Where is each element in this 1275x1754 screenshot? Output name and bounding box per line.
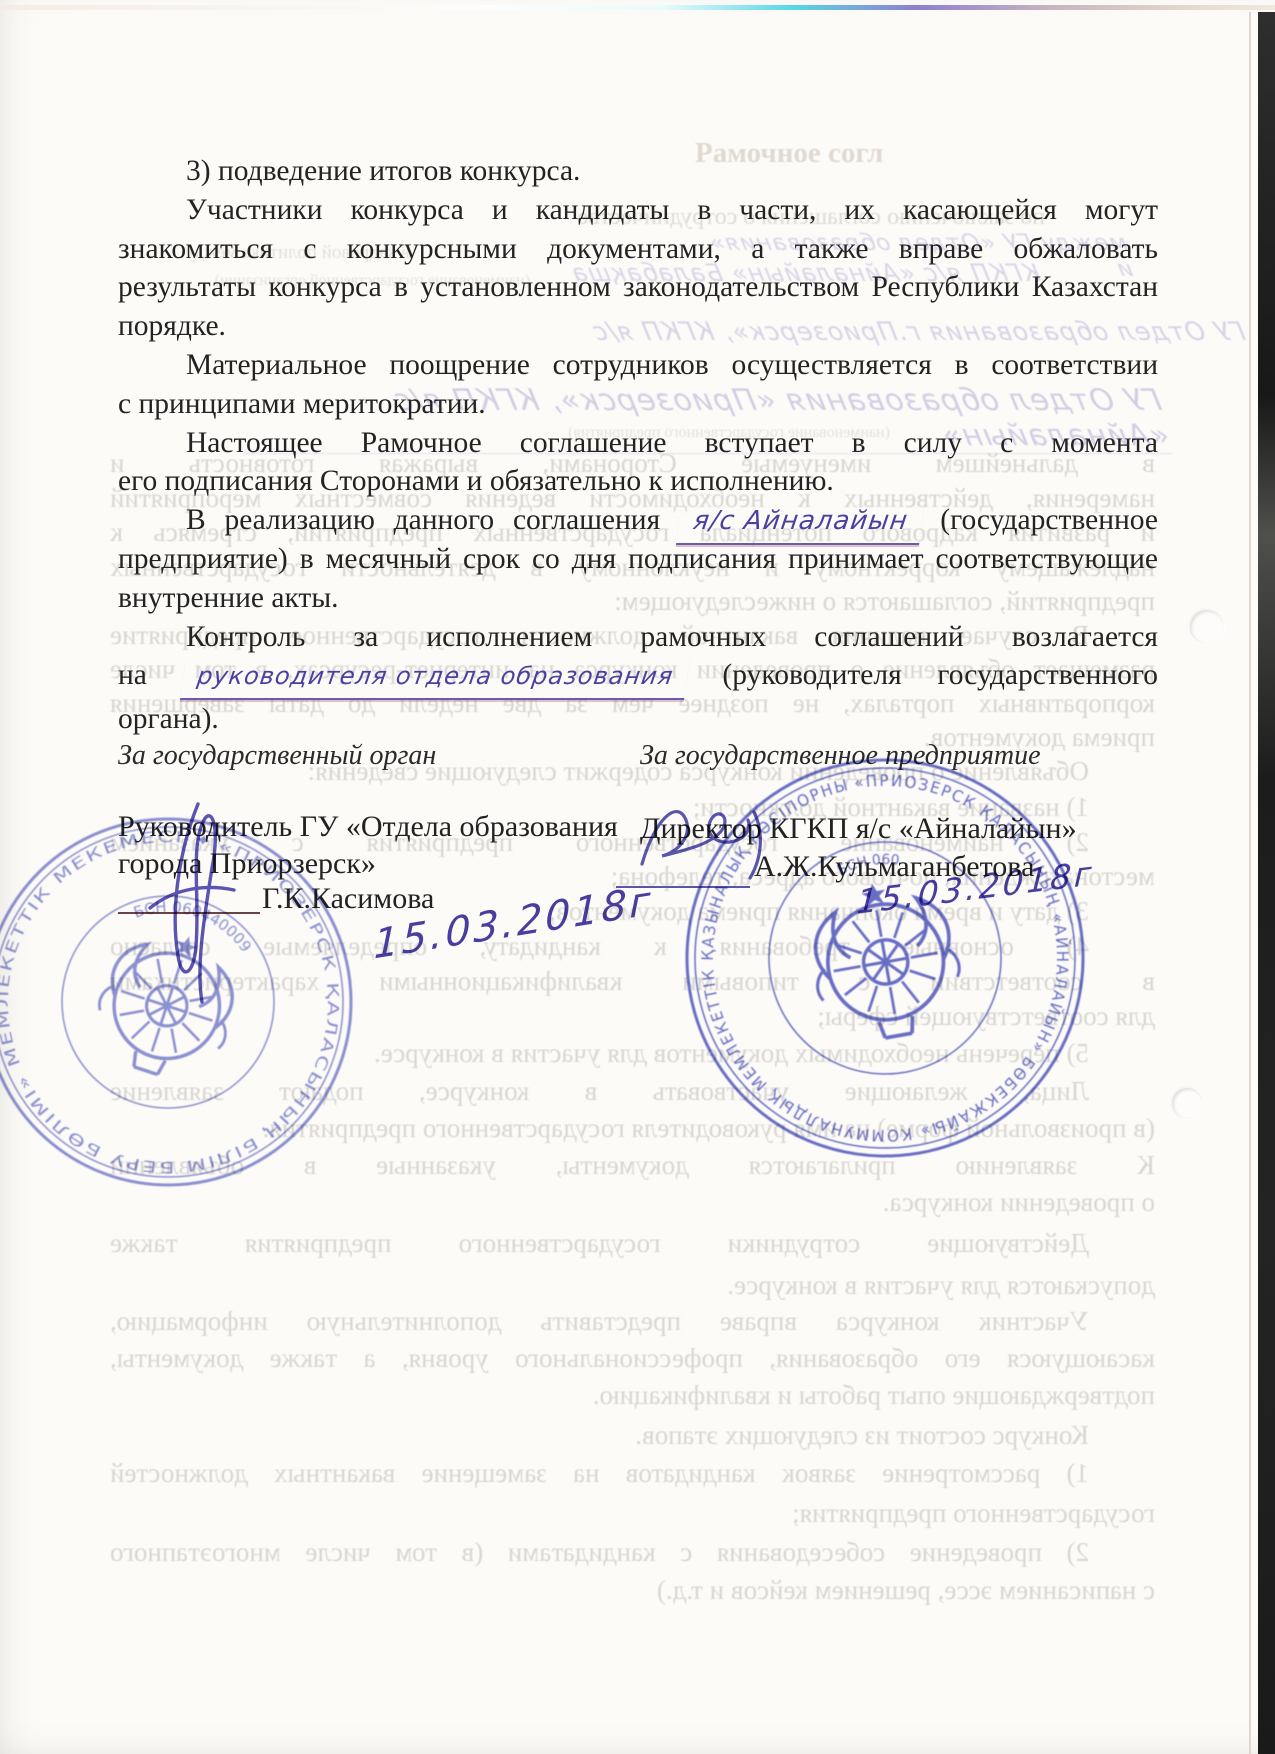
scan-right-edge-band — [1258, 12, 1275, 1754]
bleedthrough-line: с написанием эссе, решением кейсов и т.д… — [110, 1575, 1155, 1606]
handwritten-insert-controller: руководителя отдела образования — [180, 657, 690, 700]
body-line: результаты конкурса в установленном зако… — [118, 268, 1158, 307]
body-line: предприятие) в месячный срок со дня подп… — [118, 540, 1158, 579]
bleedthrough-line: государственного предприятия; — [110, 1498, 1155, 1529]
handwritten-insert-enterprise: я/с Айналайын — [676, 502, 925, 545]
bleedthrough-line: 2) проведение собеседования с кандидатам… — [110, 1537, 1155, 1568]
bleedthrough-line: Конкурс состоит из следующих этапов. — [110, 1420, 1155, 1451]
document-body: 3) подведение итогов конкурса. Участники… — [118, 152, 1158, 695]
bleedthrough-line: 1) рассмотрение заявок кандидатов на зам… — [110, 1458, 1155, 1489]
left-ink-signature — [120, 786, 250, 1026]
body-text-segment: на — [118, 659, 147, 691]
role-caption-state-body: За государственный орган — [118, 740, 436, 772]
body-text-segment: В реализацию данного соглашения — [186, 504, 660, 536]
scan-top-edge-artifact — [0, 5, 1275, 10]
svg-text:БСН 060: БСН 060 — [834, 848, 903, 880]
body-line: знакомиться с конкурсными документами, а… — [118, 230, 1158, 269]
right-ink-signature — [626, 786, 786, 896]
paper-edge-line — [1249, 12, 1251, 1754]
hole-punch-mark — [1190, 610, 1224, 644]
hole-punch-mark — [1172, 1088, 1203, 1119]
body-line: Участники конкурса и кандидаты в части, … — [118, 191, 1158, 230]
body-line: с принципами меритократии. — [118, 385, 1158, 424]
body-line: внутренние акты. — [118, 579, 1158, 618]
body-line: порядке. — [118, 307, 1158, 346]
bleedthrough-line: касающуюся его образования, профессионал… — [110, 1343, 1155, 1374]
body-text-segment: (государственное — [940, 504, 1158, 536]
body-line: В реализацию данного соглашения я/с Айна… — [118, 501, 1158, 540]
stamp-center-bin-text: БСН 060 — [834, 848, 903, 880]
body-line: 3) подведение итогов конкурса. — [118, 152, 1158, 191]
bleedthrough-line: Участник конкурса вправе представить доп… — [110, 1306, 1155, 1337]
body-line: Контроль за исполнением рамочных соглаше… — [118, 618, 1158, 657]
bleedthrough-line: подтверждающие опыт работы и квалификаци… — [110, 1380, 1155, 1411]
body-line: его подписания Сторонами и обязательно к… — [118, 462, 1158, 501]
bleedthrough-line: допускаются для участия в конкурсе. — [110, 1270, 1155, 1301]
body-line: на руководителя отдела образования (руко… — [118, 656, 1158, 695]
body-line: Материальное поощрение сотрудников осуще… — [118, 346, 1158, 385]
body-line: Настоящее Рамочное соглашение вступает в… — [118, 424, 1158, 463]
scanned-document-page: Рамочное соглпо заключению соглашения о … — [0, 0, 1275, 1754]
